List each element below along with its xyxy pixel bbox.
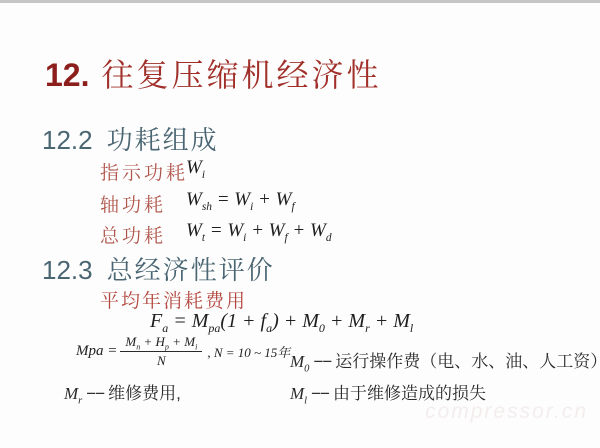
formula-annual-cost: Fa = Mpa(1 + fa) + M0 + Mr + Ml — [150, 310, 413, 333]
symbol-m0: M0 — [290, 352, 309, 371]
definition-maintenance-cost-text: 维修费用, — [108, 384, 181, 403]
formula-total-power: Wt = Wi + Wf + Wd — [186, 220, 332, 242]
section-heading-power: 12.2功耗组成 — [42, 120, 219, 157]
mpa-denominator: N — [120, 352, 202, 369]
mpa-lhs: Mpa = — [76, 343, 117, 360]
definition-operating-cost-text: 运行操作费（电、水、油、人工资） — [335, 352, 600, 371]
definition-dash: −− — [311, 384, 329, 403]
mpa-numerator: Mn + Hp + Mi — [120, 334, 202, 352]
row-label-indicated-power: 指示功耗 — [100, 158, 188, 185]
mpa-lifetime-note: , N = 10 ~ 15年 — [207, 342, 290, 361]
section-economy-number: 12.3 — [42, 255, 93, 285]
subheading-annual-cost: 平均年消耗费用 — [100, 286, 247, 313]
section-power-number: 12.2 — [42, 125, 93, 155]
formula-indicated-power: Wi — [186, 157, 205, 179]
row-label-total-power: 总功耗 — [100, 221, 166, 248]
definition-operating-cost: M0−−运行操作费（电、水、油、人工资） — [290, 347, 600, 372]
slide-title: 12.往复压缩机经济性 — [45, 50, 382, 96]
slide-title-text: 往复压缩机经济性 — [101, 57, 381, 93]
section-economy-title: 总经济性评价 — [107, 255, 275, 285]
watermark: compressor.cn — [425, 400, 588, 424]
definition-dash: −− — [313, 352, 331, 371]
formula-shaft-power: Wsh = Wi + Wf — [186, 189, 295, 211]
top-border-bar — [0, 0, 600, 3]
formula-mpa: Mpa = Mn + Hp + Mi N , N = 10 ~ 15年 — [76, 334, 290, 369]
presentation-slide: 12.往复压缩机经济性 12.2功耗组成 指示功耗 Wi 轴功耗 Wsh = W… — [0, 0, 600, 448]
symbol-ml: Ml — [290, 384, 307, 403]
section-heading-economy: 12.3总经济性评价 — [42, 250, 275, 287]
definition-dash: −− — [86, 384, 104, 403]
section-power-title: 功耗组成 — [107, 125, 219, 155]
row-label-shaft-power: 轴功耗 — [100, 190, 166, 217]
symbol-mr: Mr — [64, 384, 82, 403]
mpa-fraction: Mn + Hp + Mi N — [120, 334, 202, 369]
definition-maintenance-cost: Mr−−维修费用, — [64, 379, 181, 404]
slide-title-number: 12. — [45, 57, 89, 93]
